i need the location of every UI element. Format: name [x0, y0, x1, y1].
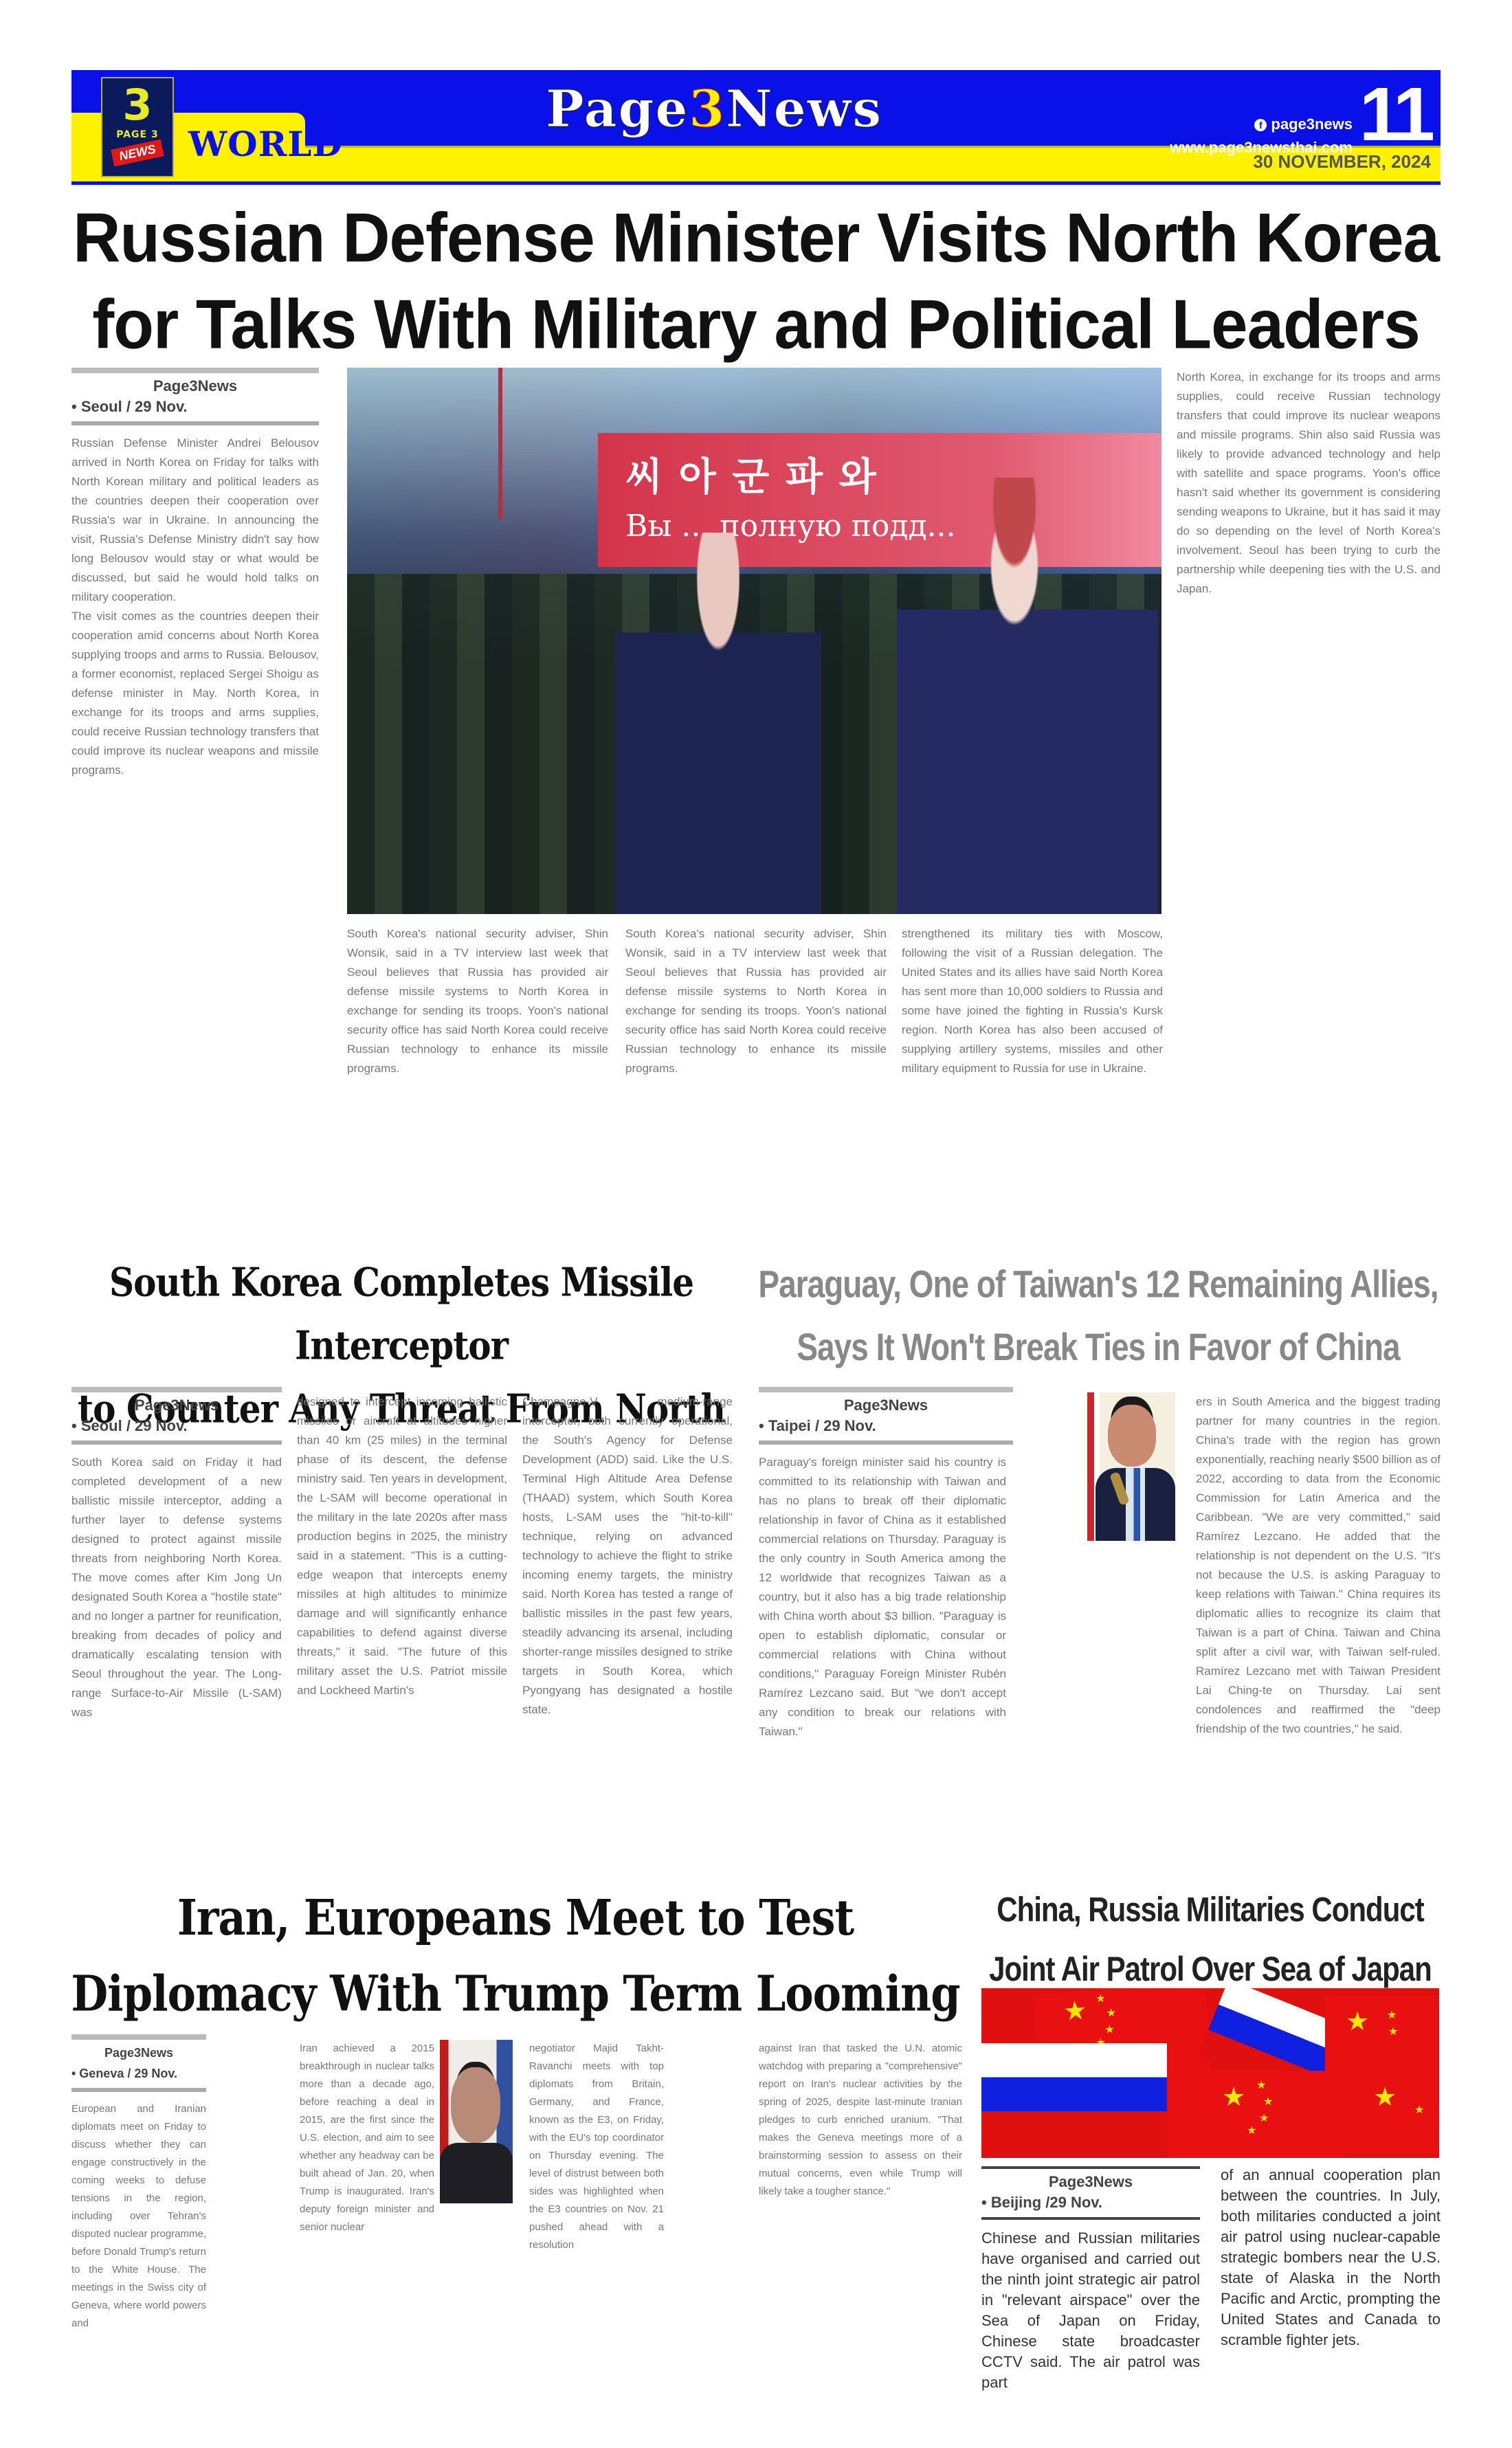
headline-line-1: China, Russia Militaries Conduct	[997, 1890, 1423, 1928]
china-flag: ★ ★ ★ ★ ★	[1167, 2071, 1346, 2158]
byline-dateline: • Geneva / 29 Nov.	[71, 2063, 206, 2084]
page-number: 11	[1359, 77, 1431, 153]
flag-star-icon: ★	[1222, 2084, 1245, 2111]
article-paragraph: Champagne-V medium-range interceptor, bo…	[522, 1392, 733, 1720]
main-article-photo: 씨 아 군 파 와 Вы ... полную подд...	[347, 368, 1161, 914]
flag-star-icon: ★	[1063, 1998, 1088, 2025]
byline-agency: Page3News	[759, 1395, 1013, 1416]
article-column-2: of an annual cooperation plan between th…	[1221, 2165, 1441, 2392]
paraguay-minister-photo	[1087, 1392, 1175, 1541]
photo-subject-suit	[1096, 1468, 1175, 1541]
facebook-handle[interactable]: page3news	[1271, 115, 1353, 133]
flag-star-icon: ★	[1414, 2105, 1424, 2116]
headline-line-2: Says It Won't Break Ties in Favor of Chi…	[797, 1325, 1399, 1368]
article-paragraph: of an annual cooperation plan between th…	[1221, 2165, 1441, 2350]
article-column-2: Iran achieved a 2015 breakthrough in nuc…	[300, 2040, 434, 2390]
article-headline: China, Russia Militaries Conduct Joint A…	[980, 1880, 1441, 1999]
article-paragraph: The visit comes as the countries deepen …	[71, 607, 319, 780]
flag-star-icon: ★	[1263, 2097, 1273, 2108]
newspaper-title: Page3News	[546, 80, 882, 139]
article-paragraph: North Korea, in exchange for its troops …	[1177, 368, 1441, 599]
article-paragraph: ers in South America and the biggest tra…	[1196, 1392, 1441, 1739]
title-page: Page	[546, 80, 689, 139]
article-column-3: negotiator Majid Takht-Ravanchi meets wi…	[529, 2040, 664, 2390]
article-paragraph: designed to intercept incoming ballistic…	[297, 1392, 507, 1700]
masthead: 3 PAGE 3 NEWS WORLD Page3News fpage3news…	[71, 70, 1441, 183]
article-paragraph: South Korea's national security adviser,…	[347, 924, 608, 1078]
byline-dateline: • Seoul / 29 Nov.	[71, 397, 319, 417]
byline-agency: Page3News	[981, 2172, 1200, 2192]
article-paragraph: South Korea said on Friday it had comple…	[71, 1453, 282, 1722]
article-headline: Iran, Europeans Meet to Test Diplomacy W…	[69, 1880, 962, 2032]
headline-line-1: South Korea Completes Missile Intercepto…	[109, 1259, 693, 1369]
photo-subject-head	[451, 2067, 500, 2143]
logo-page3-text: PAGE 3	[116, 129, 158, 140]
article-column-3: South Korea's national security adviser,…	[625, 924, 887, 1282]
article-headline: Paraguay, One of Taiwan's 12 Remaining A…	[756, 1253, 1441, 1378]
article-column-4: against Iran that tasked the U.N. atomic…	[759, 2040, 962, 2390]
byline-agency: Page3News	[71, 376, 319, 397]
china-russia-flags-photo: ★ ★ ★ ★ ★ ★ ★ ★ ★ ★ ★ ★ ★ ★ ★	[981, 1988, 1439, 2158]
article-paragraph: strengthened its military ties with Mosc…	[902, 924, 1163, 1078]
byline-dateline: • Taipei / 29 Nov.	[759, 1416, 1013, 1436]
byline-dateline: • Seoul / 29 Nov.	[71, 1416, 282, 1436]
flag-pole	[498, 368, 502, 519]
flag-star-icon: ★	[1387, 2010, 1397, 2021]
flag-star-icon: ★	[1104, 2025, 1115, 2036]
article-paragraph: Russian Defense Minister Andrei Belousov…	[71, 434, 319, 607]
flag-star-icon: ★	[1259, 2113, 1269, 2124]
banner-korean-text: 씨 아 군 파 와	[625, 447, 879, 502]
article-paragraph: Paraguay's foreign minister said his cou…	[759, 1453, 1006, 1742]
article-paragraph: Chinese and Russian militaries have orga…	[981, 2228, 1200, 2393]
article-column-1: Page3News • Taipei / 29 Nov. Paraguay's …	[759, 1387, 1086, 1840]
photo-subject-head	[1108, 1405, 1156, 1467]
article-paragraph: Iran achieved a 2015 breakthrough in nuc…	[300, 2040, 434, 2236]
flag-star-icon: ★	[1096, 1994, 1106, 2005]
north-korean-officer-figure	[897, 478, 1158, 914]
article-paragraph: European and Iranian diplomats meet on F…	[71, 2100, 206, 2333]
article-paragraph: South Korea's national security adviser,…	[625, 924, 887, 1078]
byline-agency: Page3News	[71, 2043, 206, 2063]
flag-star-icon: ★	[1373, 2084, 1397, 2111]
flag-star-icon: ★	[1388, 2027, 1398, 2038]
headline-line-1: Iran, Europeans Meet to Test	[177, 1889, 854, 1946]
russia-flag	[981, 2043, 1167, 2146]
iran-diplomat-photo	[440, 2040, 513, 2203]
article-paragraph: negotiator Majid Takht-Ravanchi meets wi…	[529, 2040, 664, 2254]
article-column-1: Page3News • Beijing /29 Nov. Chinese and…	[981, 2166, 1200, 2393]
headline-line-2: Joint Air Patrol Over Sea of Japan	[989, 1949, 1432, 1988]
title-three: 3	[689, 80, 726, 139]
flag-star-icon: ★	[1256, 2080, 1266, 2091]
article-paragraph: against Iran that tasked the U.N. atomic…	[759, 2040, 962, 2201]
byline: Page3News • Seoul / 29 Nov.	[71, 368, 319, 425]
title-news: News	[726, 80, 882, 139]
logo-number: 3	[122, 84, 152, 126]
section-label: WORLD	[188, 124, 343, 164]
page3-logo: 3 PAGE 3 NEWS	[101, 77, 174, 177]
headline-line-1: Paraguay, One of Taiwan's 12 Remaining A…	[758, 1262, 1438, 1305]
headline-line-2: for Talks With Military and Political Le…	[92, 286, 1419, 363]
byline: Page3News • Seoul / 29 Nov.	[71, 1387, 282, 1445]
masthead-rule	[71, 181, 1441, 185]
article-column-2: South Korea's national security adviser,…	[347, 924, 608, 1282]
byline-agency: Page3News	[71, 1395, 282, 1416]
article-column-3: Champagne-V medium-range interceptor, bo…	[522, 1392, 733, 1840]
article-column-5: North Korea, in exchange for its troops …	[1177, 368, 1441, 1282]
byline: Page3News • Beijing /29 Nov.	[981, 2166, 1200, 2220]
flag-star-icon: ★	[1247, 2126, 1256, 2137]
flag-star-icon: ★	[1106, 2008, 1116, 2020]
article-column-1: Page3News • Seoul / 29 Nov. Russian Defe…	[71, 368, 319, 1282]
flag-star-icon: ★	[1346, 2009, 1369, 2035]
china-flag: ★ ★ ★ ★ ★	[1325, 1995, 1439, 2153]
facebook-icon: f	[1254, 119, 1267, 131]
defense-minister-figure	[615, 533, 821, 914]
article-column-1: Page3News • Geneva / 29 Nov. European an…	[71, 2034, 206, 2392]
issue-date: 30 NOVEMBER, 2024	[1253, 151, 1431, 173]
byline: Page3News • Geneva / 29 Nov.	[71, 2034, 206, 2092]
article-column-4: strengthened its military ties with Mosc…	[902, 924, 1163, 1282]
byline-dateline: • Beijing /29 Nov.	[981, 2192, 1200, 2213]
photo-subject-suit	[440, 2143, 513, 2203]
logo-news-badge: NEWS	[111, 140, 164, 167]
headline-line-2: Diplomacy With Trump Term Looming	[71, 1965, 959, 2023]
headline-line-1: Russian Defense Minister Visits North Ko…	[73, 199, 1439, 276]
article-column-2: designed to intercept incoming ballistic…	[297, 1392, 507, 1840]
article-column-2: ers in South America and the biggest tra…	[1196, 1392, 1441, 1840]
article-headline: Russian Defense Minister Visits North Ko…	[71, 195, 1441, 368]
byline: Page3News • Taipei / 29 Nov.	[759, 1387, 1013, 1445]
article-column-1: Page3News • Seoul / 29 Nov. South Korea …	[71, 1387, 282, 1840]
